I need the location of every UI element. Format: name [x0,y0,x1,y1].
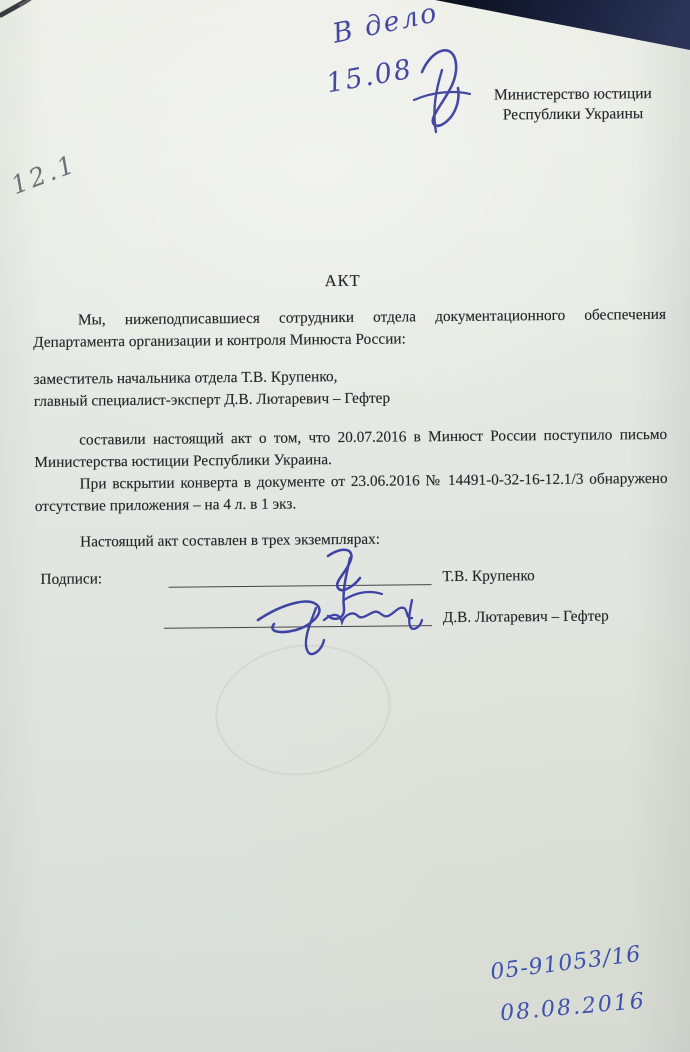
official-2: главный специалист-эксперт Д.В. Лютареви… [34,388,391,413]
paragraph-missing-attachment: При вскрытии конверта в документе от 23.… [34,468,667,518]
typed-content: Министерство юстиции Республики Украины … [0,0,690,1052]
paragraph-received: составили настоящий акт о том, что 20.07… [34,424,667,474]
paragraph-intro: Мы, нижеподписавшиеся сотрудники отдела … [33,304,666,354]
document-title: АКТ [0,268,688,295]
sender-line2: Республики Украины [480,104,666,126]
signatory-name-1: Т.В. Крупенко [442,567,534,586]
sender-block: Министерство юстиции Республики Украины [480,84,666,126]
signature-lyutarevich [252,586,462,658]
signatory-name-2: Д.В. Лютаревич – Гефтер [443,607,609,627]
sender-line1: Министерство юстиции [480,84,666,106]
officials-list: заместитель начальника отдела Т.В. Крупе… [33,366,390,413]
scanned-document-page: В дело 15.08 12.1 Министерство юстиции Р… [0,0,690,1052]
signatures-label: Подписи: [40,570,102,589]
